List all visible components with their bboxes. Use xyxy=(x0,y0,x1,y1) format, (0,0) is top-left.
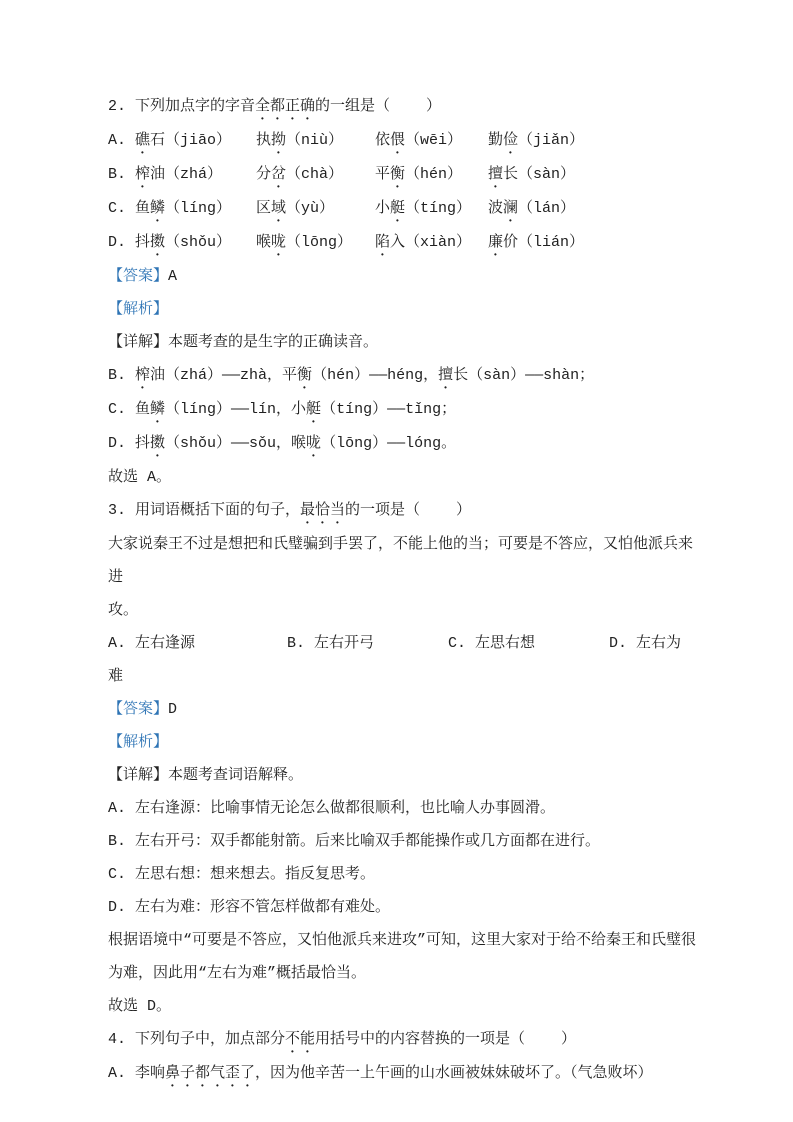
option-word: 分岔（chà） xyxy=(256,158,375,192)
option-word: 波澜（lán） xyxy=(488,192,697,226)
q2-correction-c: C. 鱼鳞（líng）——lín，小艇（tíng）——tǐng； xyxy=(108,393,697,427)
q3-context-line-2: 为难，因此用“左右为难”概括最恰当。 xyxy=(108,957,697,990)
option-label: C. xyxy=(108,192,135,226)
analysis-label: 【解析】 xyxy=(108,734,168,751)
option-c: C. 左思右想 xyxy=(448,627,609,660)
q3-definition-d: D. 左右为难：形容不管怎样做都有难处。 xyxy=(108,891,697,924)
option-label: B. xyxy=(108,158,135,192)
q3-answer-line: 【答案】D xyxy=(108,693,697,726)
q2-option-row-c: C. 鱼鳞（líng） 区域（yù） 小艇（tíng） 波澜（lán） xyxy=(108,192,697,226)
q2-analysis-line: 【解析】 xyxy=(108,293,697,326)
analysis-label: 【解析】 xyxy=(108,301,168,318)
question-4-title: 4. 下列句子中，加点部分不能用括号中的内容替换的一项是（ ） xyxy=(108,1023,697,1057)
option-word: 依偎（wēi） xyxy=(375,124,488,158)
q2-option-row-b: B. 榨油（zhá） 分岔（chà） 平衡（hén） 擅长（sàn） xyxy=(108,158,697,192)
option-word: 礁石（jiāo） xyxy=(135,124,256,158)
q2-conclusion: 故选 A。 xyxy=(108,461,697,494)
answer-value: D xyxy=(168,701,177,718)
q3-sentence-line-2: 攻。 xyxy=(108,594,697,627)
option-word: 喉咙（lōng） xyxy=(256,226,375,260)
q3-option-d-wrap: 难 xyxy=(108,660,697,693)
option-d: D. 左右为 xyxy=(609,627,697,660)
option-word: 区域（yù） xyxy=(256,192,375,226)
option-a: A. 左右逢源 xyxy=(108,627,287,660)
q3-option-row: A. 左右逢源 B. 左右开弓 C. 左思右想 D. 左右为 xyxy=(108,627,697,660)
question-2-title: 2. 下列加点字的字音全都正确的一组是（ ） xyxy=(108,90,697,124)
option-word: 执拗（niù） xyxy=(256,124,375,158)
option-word: 榨油（zhá） xyxy=(135,158,256,192)
option-word: 廉价（lián） xyxy=(488,226,697,260)
answer-value: A xyxy=(168,268,177,285)
q3-detail-line: 【详解】本题考查词语解释。 xyxy=(108,759,697,792)
answer-label: 【答案】 xyxy=(108,701,168,718)
q2-correction-d: D. 抖擞（shǒu）——sǒu，喉咙（lōng）——lóng。 xyxy=(108,427,697,461)
q3-analysis-line: 【解析】 xyxy=(108,726,697,759)
question-3-title: 3. 用词语概括下面的句子，最恰当的一项是（ ） xyxy=(108,494,697,528)
q2-answer-line: 【答案】A xyxy=(108,260,697,293)
q4-option-a: A. 李响鼻子都气歪了，因为他辛苦一上午画的山水画被妹妹破坏了。（气急败坏） xyxy=(108,1057,697,1091)
q3-sentence-line-1: 大家说秦王不过是想把和氏璧骗到手罢了，不能上他的当；可要是不答应，又怕他派兵来进 xyxy=(108,528,697,594)
q2-option-row-d: D. 抖擞（shǒu） 喉咙（lōng） 陷入（xiàn） 廉价（lián） xyxy=(108,226,697,260)
q3-conclusion: 故选 D。 xyxy=(108,990,697,1023)
option-word: 抖擞（shǒu） xyxy=(135,226,256,260)
q2-detail-line: 【详解】本题考查的是生字的正确读音。 xyxy=(108,326,697,359)
q3-definition-a: A. 左右逢源：比喻事情无论怎么做都很顺利，也比喻人办事圆滑。 xyxy=(108,792,697,825)
exam-document-page: 2. 下列加点字的字音全都正确的一组是（ ） A. 礁石（jiāo） 执拗（ni… xyxy=(0,0,793,1122)
option-word: 擅长（sàn） xyxy=(488,158,697,192)
q3-definition-c: C. 左思右想：想来想去。指反复思考。 xyxy=(108,858,697,891)
answer-label: 【答案】 xyxy=(108,268,168,285)
option-b: B. 左右开弓 xyxy=(287,627,448,660)
option-word: 陷入（xiàn） xyxy=(375,226,488,260)
q2-correction-b: B. 榨油（zhá）——zhà，平衡（hén）——héng，擅长（sàn）——s… xyxy=(108,359,697,393)
q3-context-line-1: 根据语境中“可要是不答应，又怕他派兵来进攻”可知，这里大家对于给不给秦王和氏璧很 xyxy=(108,924,697,957)
option-word: 平衡（hén） xyxy=(375,158,488,192)
q3-definition-b: B. 左右开弓：双手都能射箭。后来比喻双手都能操作或几方面都在进行。 xyxy=(108,825,697,858)
option-word: 鱼鳞（líng） xyxy=(135,192,256,226)
option-label: D. xyxy=(108,226,135,260)
q2-option-row-a: A. 礁石（jiāo） 执拗（niù） 依偎（wēi） 勤俭（jiǎn） xyxy=(108,124,697,158)
option-word: 勤俭（jiǎn） xyxy=(488,124,697,158)
option-word: 小艇（tíng） xyxy=(375,192,488,226)
option-label: A. xyxy=(108,124,135,158)
